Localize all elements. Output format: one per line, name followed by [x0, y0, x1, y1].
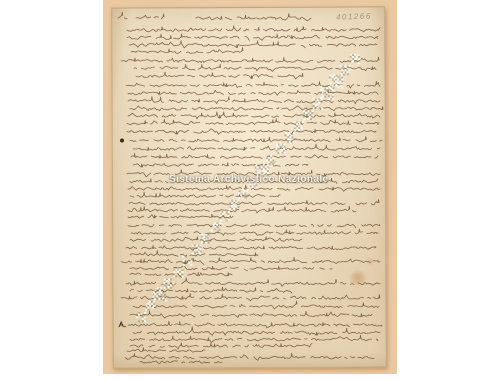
margin-marks: [119, 139, 126, 328]
archive-catalog-number: 401266: [336, 11, 380, 22]
archive-watermark-text: Sistema Archivistico Nazionale: [169, 174, 339, 185]
manuscript-ink-svg: [0, 0, 500, 380]
scan-page: 401266 Sistema Archivistico Nazionale: [0, 0, 500, 380]
handwriting-lines: [118, 12, 383, 363]
